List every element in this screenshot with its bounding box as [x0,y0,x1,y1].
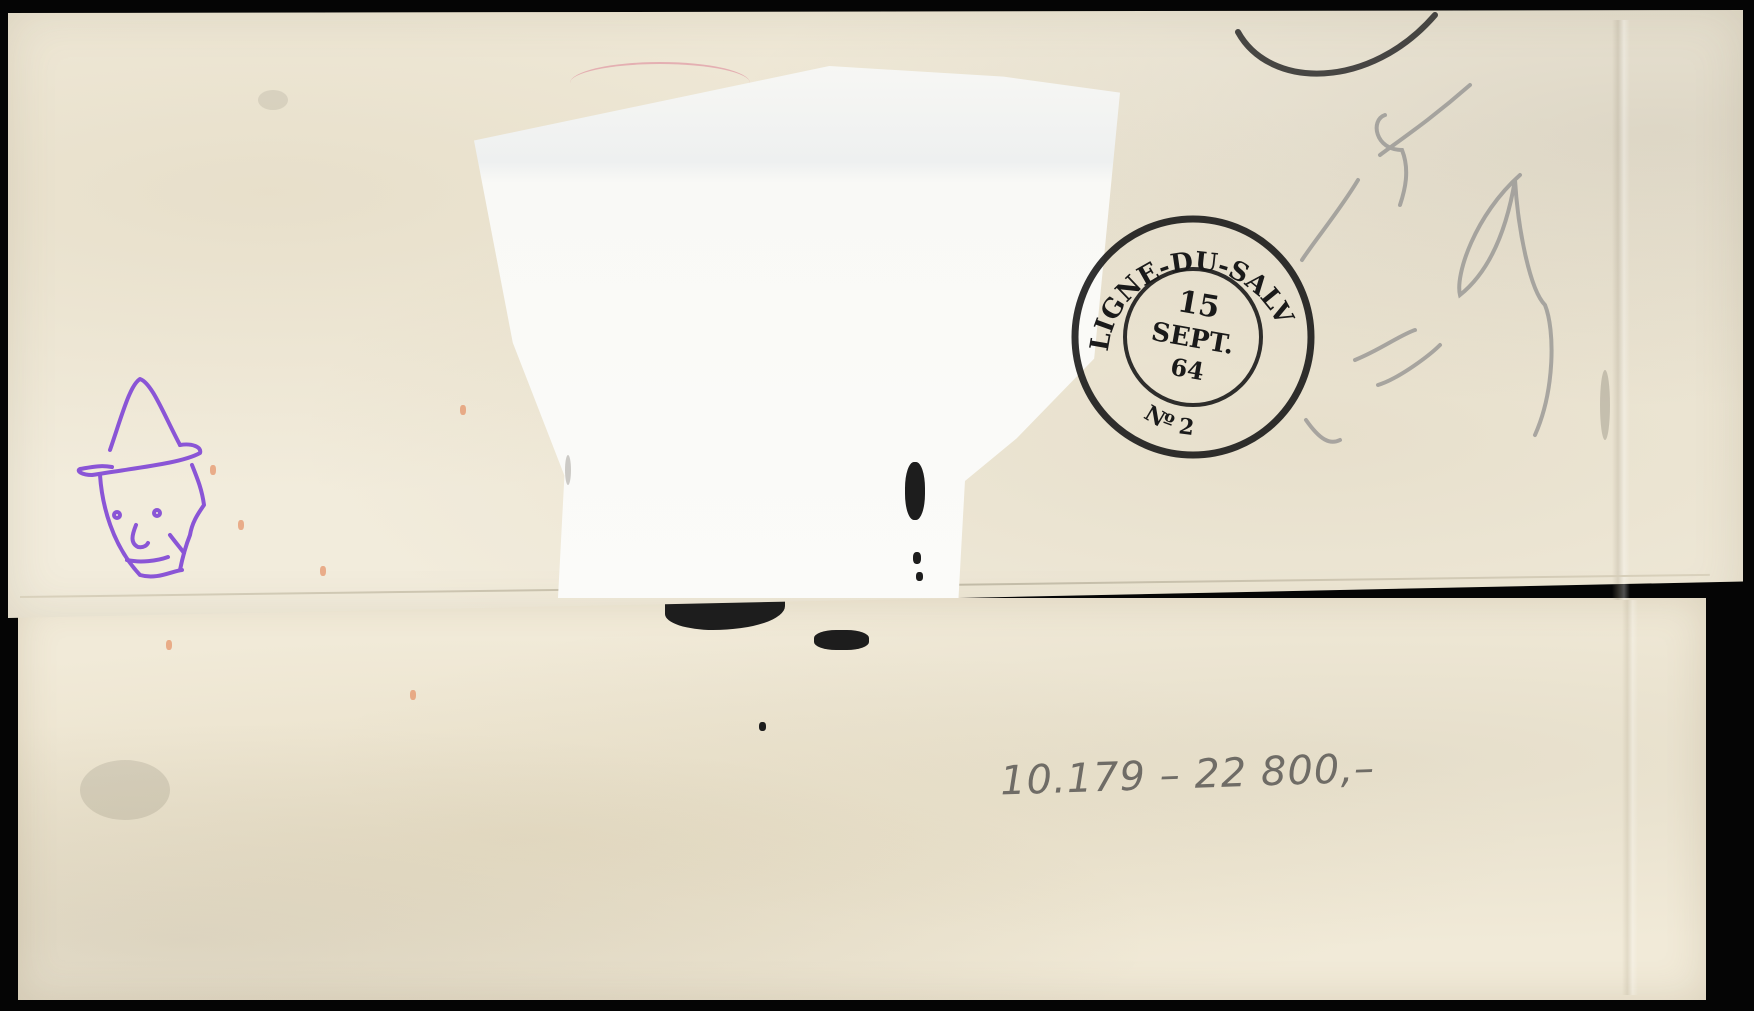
foxing-spot [238,520,244,530]
grime-spot [258,90,288,110]
foxing-spot [166,640,172,650]
wax-seal-remnant [913,552,921,564]
pencil-marks [1290,80,1590,480]
letter-sheet-body [18,598,1706,1000]
purple-face-drawing [72,375,212,585]
wax-seal-remnant [759,722,766,731]
foxing-spot [410,690,416,700]
postmark-day: 15 [1175,284,1222,326]
foxing-spot [460,405,466,415]
paper-crease [1612,20,1630,600]
cover-photo: LIGNE-DU-SALVAG Nº 2 15 SEPT. 64 [0,0,1754,1011]
grime-spot [80,760,170,820]
postmark-year: 64 [1168,352,1206,386]
wax-seal-remnant [905,462,925,520]
paper-crease [1622,600,1638,995]
wax-seal-remnant [814,630,869,650]
grime-spot [1600,370,1610,440]
wax-seal-remnant [916,572,923,581]
foxing-spot [320,566,326,576]
grime-spot [565,455,571,485]
circular-datestamp: LIGNE-DU-SALVAG Nº 2 15 SEPT. 64 [1068,212,1318,462]
partial-cancel-mark [1230,0,1460,80]
